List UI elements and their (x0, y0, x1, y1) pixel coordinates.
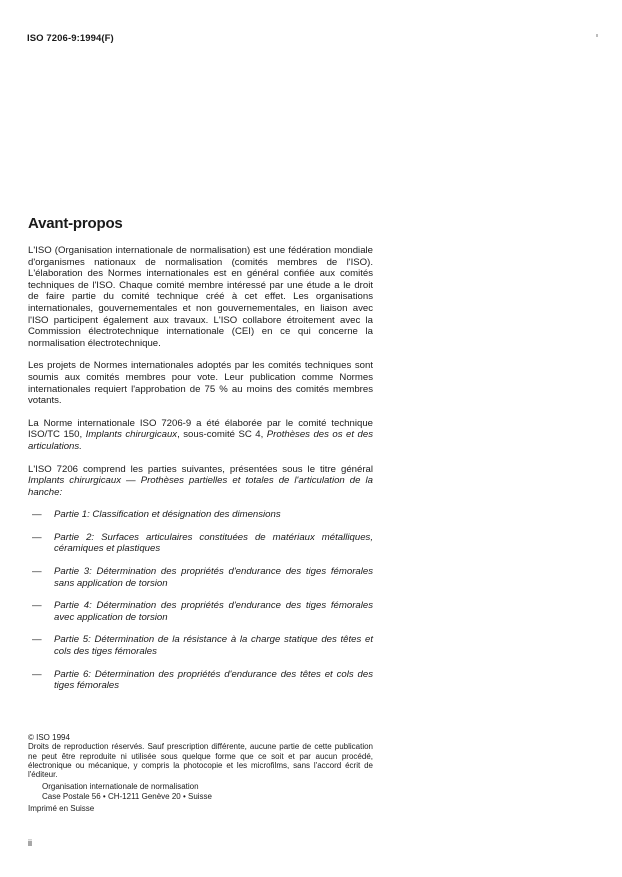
part-text: Partie 4: Détermination des propriétés d… (54, 600, 373, 623)
paragraph-drafts: Les projets de Normes internationales ad… (28, 360, 373, 406)
copyright-block: © ISO 1994 Droits de reproduction réserv… (28, 733, 373, 813)
dash-bullet-icon: — (32, 600, 42, 612)
list-item: —Partie 4: Détermination des propriétés … (28, 600, 373, 623)
publisher-address: Organisation internationale de normalisa… (28, 782, 373, 801)
dash-bullet-icon: — (32, 566, 42, 578)
part-text: Partie 3: Détermination des propriétés d… (54, 566, 373, 589)
dash-bullet-icon: — (32, 669, 42, 681)
printed-in: Imprimé en Suisse (28, 804, 373, 813)
publisher-name: Organisation internationale de normalisa… (42, 782, 373, 791)
dash-bullet-icon: — (32, 532, 42, 544)
paragraph-parts-intro: L'ISO 7206 comprend les parties suivante… (28, 464, 373, 499)
part-text: Partie 1: Classification et désignation … (54, 509, 281, 520)
list-item: —Partie 3: Détermination des propriétés … (28, 566, 373, 589)
part-text: Partie 5: Détermination de la résistance… (54, 634, 373, 657)
parts-intro-text: L'ISO 7206 comprend les parties suivante… (28, 464, 373, 475)
scan-artifact (596, 34, 598, 37)
list-item: —Partie 5: Détermination de la résistanc… (28, 634, 373, 657)
page-number: ii (28, 838, 32, 848)
committee-tc-title: Implants chirurgicaux (86, 429, 177, 440)
list-item: —Partie 6: Détermination des propriétés … (28, 669, 373, 692)
foreword-body: L'ISO (Organisation internationale de no… (28, 245, 373, 703)
paragraph-committee: La Norme internationale ISO 7206-9 a été… (28, 418, 373, 453)
list-item: —Partie 1: Classification et désignation… (28, 509, 373, 521)
postal-address: Case Postale 56 • CH-1211 Genève 20 • Su… (42, 792, 373, 801)
section-title: Avant-propos (28, 215, 123, 232)
copyright-notice: Droits de reproduction réservés. Sauf pr… (28, 742, 373, 779)
part-text: Partie 2: Surfaces articulaires constitu… (54, 532, 373, 555)
list-item: —Partie 2: Surfaces articulaires constit… (28, 532, 373, 555)
dash-bullet-icon: — (32, 509, 42, 521)
document-id-header: ISO 7206-9:1994(F) (27, 33, 114, 44)
parts-list: —Partie 1: Classification et désignation… (28, 509, 373, 692)
paragraph-iso-intro: L'ISO (Organisation internationale de no… (28, 245, 373, 349)
dash-bullet-icon: — (32, 634, 42, 646)
parts-general-title: Implants chirurgicaux — Prothèses partie… (28, 475, 373, 498)
copyright-line: © ISO 1994 (28, 733, 373, 742)
part-text: Partie 6: Détermination des propriétés d… (54, 669, 373, 692)
committee-sc-text: , sous-comité SC 4, (177, 429, 267, 440)
